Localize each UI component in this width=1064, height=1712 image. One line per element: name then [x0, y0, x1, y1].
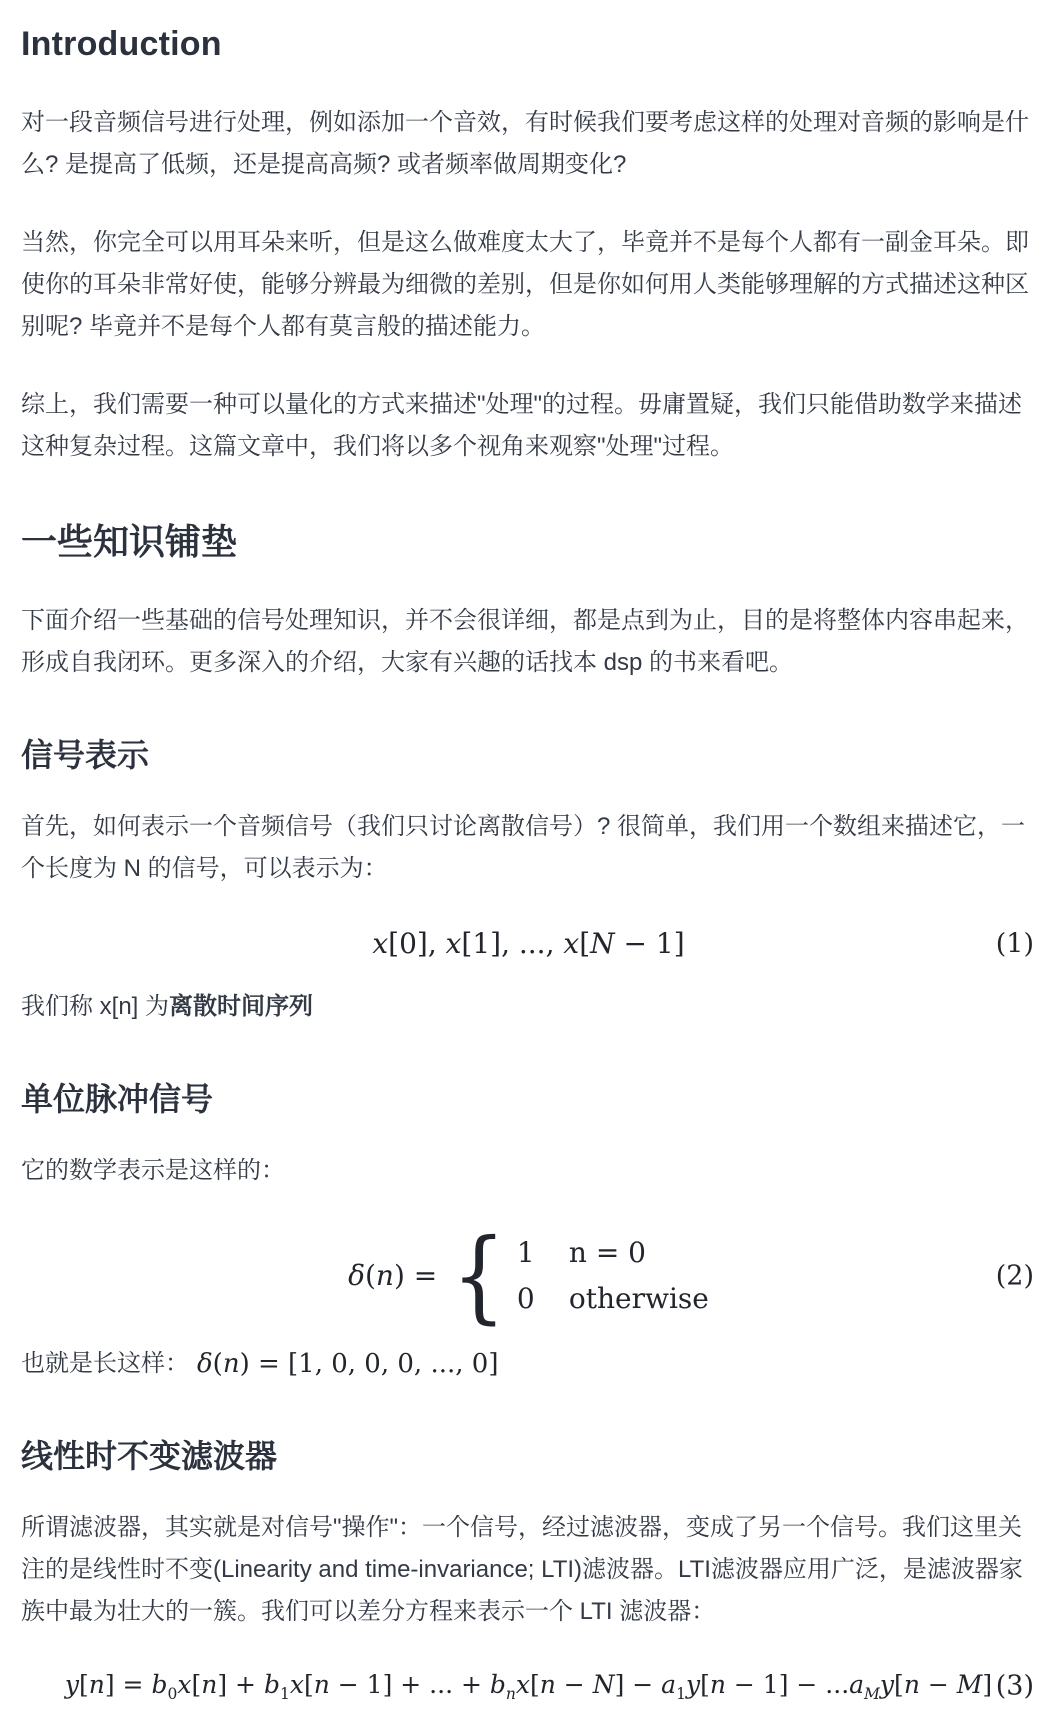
equation-3: y[n] = b0x[n] + b1x[n − 1] + ... + bnx[n…	[21, 1669, 1036, 1702]
cases-brace: {	[452, 1228, 506, 1323]
case-2-value: 0	[517, 1281, 569, 1317]
equation-2-formula: δ(n) = { 1 n = 0 0 otherwise	[348, 1228, 709, 1323]
equation-3-number: (3)	[996, 1670, 1034, 1701]
note-prefix: 我们称 x[n] 为	[21, 993, 169, 1020]
delta-inline-formula: δ(n) = [1, 0, 0, 0, ..., 0]	[197, 1343, 498, 1385]
equation-2: δ(n) = { 1 n = 0 0 otherwise (2)	[21, 1228, 1036, 1323]
case-row-1: 1 n = 0	[517, 1235, 709, 1271]
delta-example-prefix: 也就是长这样：	[21, 1343, 189, 1385]
equation-1: x[0], x[1], ..., x[N − 1] (1)	[21, 926, 1036, 962]
signal-paragraph: 首先，如何表示一个音频信号（我们只讨论离散信号）? 很简单，我们用一个数组来描述…	[21, 806, 1036, 890]
equation-1-number: (1)	[996, 929, 1034, 960]
case-1-value: 1	[517, 1235, 569, 1271]
subsection-heading-unit-impulse: 单位脉冲信号	[21, 1078, 1036, 1120]
subsection-heading-lti-filter: 线性时不变滤波器	[21, 1435, 1036, 1477]
note-bold-term: 离散时间序列	[169, 993, 313, 1020]
subsection-heading-signal-representation: 信号表示	[21, 734, 1036, 776]
page-title: Introduction	[21, 22, 1036, 66]
section-heading-background: 一些知识铺垫	[21, 518, 1036, 566]
case-1-condition: n = 0	[569, 1235, 646, 1271]
equation-2-number: (2)	[996, 1260, 1034, 1291]
equation-2-lhs: δ(n) =	[348, 1258, 437, 1294]
case-row-2: 0 otherwise	[517, 1281, 709, 1317]
discrete-sequence-note: 我们称 x[n] 为离散时间序列	[21, 986, 1036, 1028]
impulse-paragraph: 它的数学表示是这样的：	[21, 1150, 1036, 1192]
intro-paragraph-1: 对一段音频信号进行处理，例如添加一个音效，有时候我们要考虑这样的处理对音频的影响…	[21, 102, 1036, 186]
equation-1-formula: x[0], x[1], ..., x[N − 1]	[372, 926, 684, 962]
delta-example-line: 也就是长这样：δ(n) = [1, 0, 0, 0, ..., 0]	[21, 1343, 1036, 1385]
article-body: Introduction 对一段音频信号进行处理，例如添加一个音效，有时候我们要…	[0, 0, 1064, 1702]
intro-paragraph-3: 综上，我们需要一种可以量化的方式来描述"处理"的过程。毋庸置疑，我们只能借助数学…	[21, 384, 1036, 468]
equation-3-formula: y[n] = b0x[n] + b1x[n − 1] + ... + bnx[n…	[65, 1669, 992, 1702]
case-2-condition: otherwise	[569, 1281, 709, 1317]
intro-paragraph-2: 当然，你完全可以用耳朵来听，但是这么做难度太大了，毕竟并不是每个人都有一副金耳朵…	[21, 222, 1036, 348]
background-paragraph: 下面介绍一些基础的信号处理知识，并不会很详细，都是点到为止，目的是将整体内容串起…	[21, 600, 1036, 684]
cases-column: 1 n = 0 0 otherwise	[517, 1235, 709, 1318]
lti-paragraph: 所谓滤波器，其实就是对信号"操作"：一个信号，经过滤波器，变成了另一个信号。我们…	[21, 1507, 1036, 1633]
